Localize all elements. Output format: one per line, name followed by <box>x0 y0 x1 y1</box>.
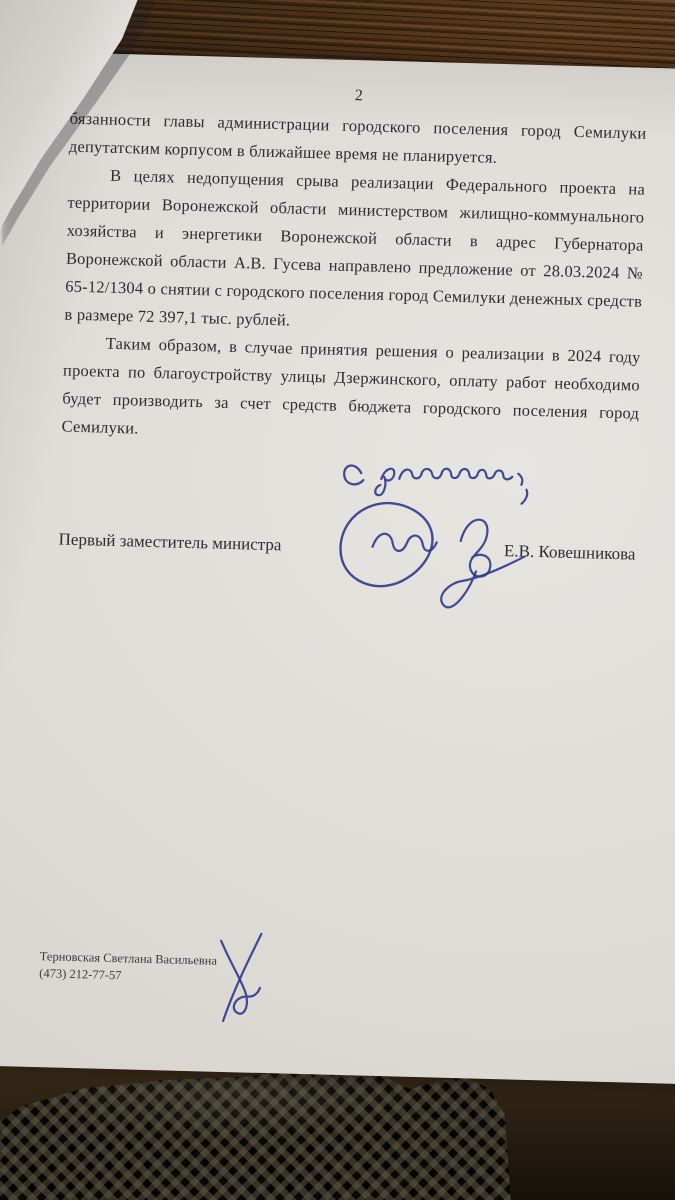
footer-contact: Терновская Светлана Васильевна (473) 212… <box>39 948 217 987</box>
document-page: 2 бязанности главы администрации городск… <box>0 50 675 1084</box>
page-content: 2 бязанности главы администрации городск… <box>0 50 675 566</box>
signoff-row: Первый заместитель министра Е.В. Ковешни… <box>58 529 635 564</box>
photo-of-document: 2 бязанности главы администрации городск… <box>0 0 675 1200</box>
paragraph: В целях недопущения срыва реализации Фед… <box>64 161 645 344</box>
document-body: бязанности главы администрации городског… <box>61 105 647 456</box>
handwritten-paraph <box>213 929 276 1029</box>
signer-name: Е.В. Ковешникова <box>504 541 636 564</box>
signer-position: Первый заместитель министра <box>58 529 281 555</box>
paragraph: Таким образом, в случае принятия решения… <box>61 329 641 456</box>
